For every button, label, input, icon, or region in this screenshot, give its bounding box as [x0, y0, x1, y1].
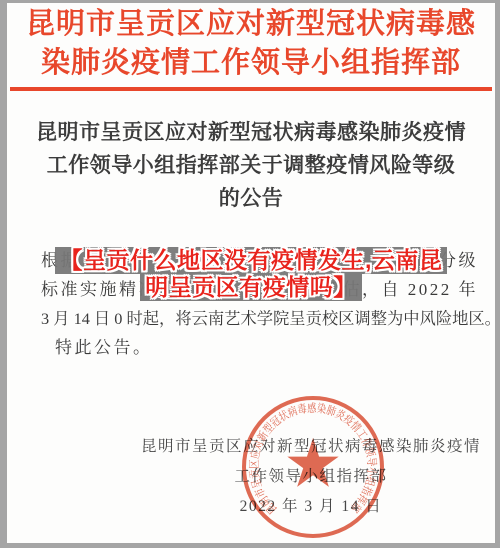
letterhead-line-1: 昆明市呈贡区应对新型冠状病毒感 [7, 5, 495, 44]
body-line-2: 标准实施精准管控 组评估，自 2022 年 [41, 275, 478, 304]
title-line-1: 昆明市呈贡区应对新型冠状病毒感染肺炎疫情 [17, 116, 485, 149]
seal-star-icon [287, 438, 338, 487]
title-line-2: 工作领导小组指挥部关于调整疫情风险等级 [17, 149, 485, 182]
body-line-1-end: 分区分级 [400, 246, 478, 275]
letterhead-divider [10, 87, 492, 91]
letterhead: 昆明市呈贡区应对新型冠状病毒感 染肺炎疫情工作领导小组指挥部 [7, 5, 495, 83]
official-seal: 昆明市呈贡区应对新型冠状病毒感染肺炎疫情工作领导小组指挥部 [235, 395, 393, 543]
body-paragraph: 根据 分区分级 标准实施精准管控 组评估，自 2022 年 3 月 14 日 0… [41, 246, 478, 362]
body-line-1-start: 根据 [41, 246, 80, 275]
letterhead-line-2: 染肺炎疫情工作领导小组指挥部 [7, 44, 495, 83]
body-closing: 特此公告。 [55, 333, 478, 362]
document-photo: 昆明市呈贡区应对新型冠状病毒感 染肺炎疫情工作领导小组指挥部 昆明市呈贡区应对新… [0, 0, 500, 548]
document-page: 昆明市呈贡区应对新型冠状病毒感 染肺炎疫情工作领导小组指挥部 昆明市呈贡区应对新… [7, 3, 495, 543]
body-line-1: 根据 分区分级 [41, 246, 478, 275]
body-line-3: 3 月 14 日 0 时起，将云南艺术学院呈贡校区调整为中风险地区。 [41, 304, 478, 333]
body-line-2-end: 组评估，自 2022 年 [304, 275, 479, 304]
body-line-2-start: 标准实施精准管控 [41, 275, 197, 304]
title-line-3: 的公告 [17, 182, 485, 215]
document-title: 昆明市呈贡区应对新型冠状病毒感染肺炎疫情 工作领导小组指挥部关于调整疫情风险等级… [17, 116, 485, 215]
